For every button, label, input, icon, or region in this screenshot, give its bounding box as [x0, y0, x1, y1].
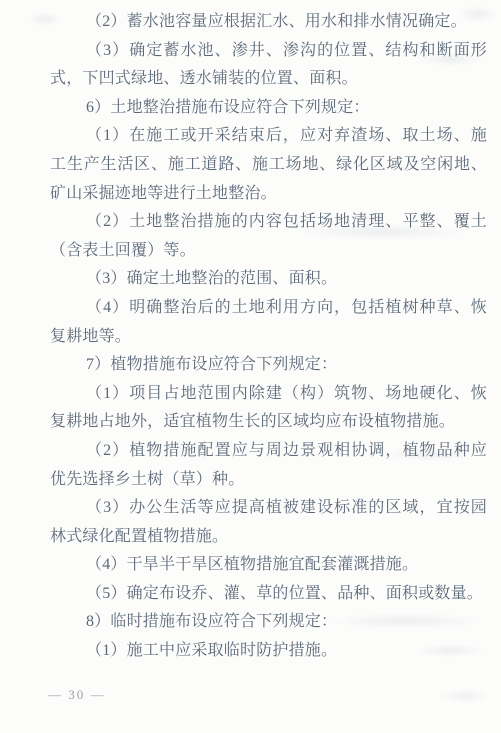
text-line: （3）确定土地整治的范围、面积。 [50, 265, 487, 294]
text-line: （含表土回覆）等。 [50, 237, 487, 266]
text-line: 工生产生活区、施工道路、施工场地、绿化区域及空闲地、 [50, 151, 487, 180]
text-line: （1）施工中应采取临时防护措施。 [50, 637, 487, 666]
text-line: 复耕地占地外，适宜植物生长的区域均应布设植物措施。 [50, 408, 487, 437]
text-line: 式，下凹式绿地、透水铺装的位置、面积。 [50, 65, 487, 94]
text-line: （4）干旱半干旱区植物措施宜配套灌溉措施。 [50, 551, 487, 580]
text-line: （1）项目占地范围内除建（构）筑物、场地硬化、恢 [50, 380, 487, 409]
text-line: （1）在施工或开采结束后，应对弃渣场、取土场、施 [50, 122, 487, 151]
text-line: 7）植物措施布设应符合下列规定： [50, 351, 487, 380]
text-line: 8）临时措施布设应符合下列规定： [50, 608, 487, 637]
text-line: 林式绿化配置植物措施。 [50, 523, 487, 552]
text-line: 优先选择乡土树（草）种。 [50, 466, 487, 495]
page-number: — 30 — [48, 687, 106, 702]
scan-artifact [440, 690, 490, 702]
text-line: （4）明确整治后的土地利用方向，包括植树种草、恢 [50, 294, 487, 323]
document-body: （2）蓄水池容量应根据汇水、用水和排水情况确定。 （3）确定蓄水池、渗井、渗沟的… [50, 8, 487, 666]
text-line: （3）确定蓄水池、渗井、渗沟的位置、结构和断面形 [50, 37, 487, 66]
page-footer: — 30 — [48, 687, 106, 703]
text-line: （2）蓄水池容量应根据汇水、用水和排水情况确定。 [50, 8, 487, 37]
text-line: （2）植物措施配置应与周边景观相协调，植物品种应 [50, 437, 487, 466]
text-line: 6）土地整治措施布设应符合下列规定： [50, 94, 487, 123]
text-line: （2）土地整治措施的内容包括场地清理、平整、覆土 [50, 208, 487, 237]
text-line: 矿山采掘迹地等进行土地整治。 [50, 180, 487, 209]
text-line: （3）办公生活等应提高植被建设标准的区域，宜按园 [50, 494, 487, 523]
text-line: （5）确定布设乔、灌、草的位置、品种、面积或数量。 [50, 580, 487, 609]
document-page: （2）蓄水池容量应根据汇水、用水和排水情况确定。 （3）确定蓄水池、渗井、渗沟的… [0, 0, 501, 733]
text-line: 复耕地等。 [50, 323, 487, 352]
